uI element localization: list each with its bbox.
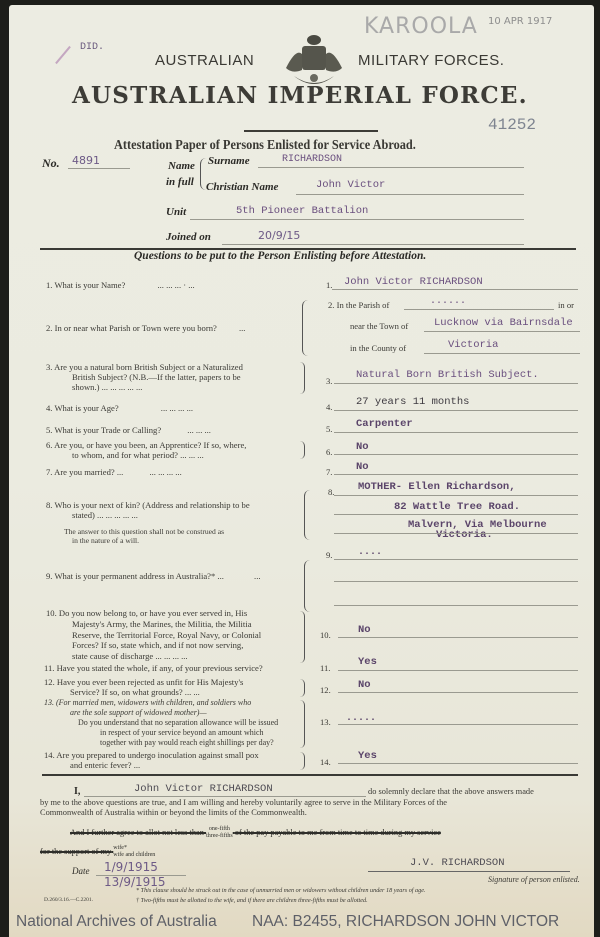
form-code: D.260/3.16.—C.2201. xyxy=(44,897,93,903)
declaration-prefix: I, xyxy=(74,786,80,797)
question-8-note: The answer to this question shall not be… xyxy=(64,527,224,545)
question-6: 6. Are you, or have you been, an Apprent… xyxy=(46,440,246,460)
answer-9: .... xyxy=(358,547,382,558)
parish-label: 2. In the Parish of xyxy=(328,300,389,310)
town-label: near the Town of xyxy=(350,321,408,331)
answer-3: Natural Born British Subject. xyxy=(356,369,539,381)
answer-8-line-2: 82 Wattle Tree Road. xyxy=(394,501,520,513)
title-underline xyxy=(244,130,378,132)
declarant-name: John Victor RICHARDSON xyxy=(134,783,273,795)
christian-name-label: Christian Name xyxy=(206,181,278,193)
question-3: 3. Are you a natural born British Subjec… xyxy=(46,362,243,392)
question-8: 8. Who is your next of kin? (Address and… xyxy=(46,500,250,520)
question-1: 1. What is your Name? ... ... ... · ... xyxy=(46,280,195,290)
question-7: 7. Are you married? ... ... ... ... ... xyxy=(46,467,182,477)
struck-clause-2: for the support of my wife* wife and chi… xyxy=(40,845,155,859)
question-12: 12. Have you ever been rejected as unfit… xyxy=(44,677,243,697)
ref-mark: DID. xyxy=(80,42,104,53)
no-label: No. xyxy=(42,156,60,171)
town-field: Lucknow via Bairnsdale xyxy=(434,317,573,329)
answer-14: Yes xyxy=(358,750,377,762)
date-stamp: 10 APR 1917 xyxy=(488,16,552,27)
answer-13: ..... xyxy=(346,713,376,724)
forces-right: MILITARY FORCES. xyxy=(358,52,504,69)
no-value: 4891 xyxy=(72,154,100,167)
answer-5: Carpenter xyxy=(356,418,413,430)
in-full-label: in full xyxy=(166,176,194,188)
joined-field: 20/9/15 xyxy=(258,229,300,242)
joined-label: Joined on xyxy=(166,231,211,243)
page-title: AUSTRALIAN IMPERIAL FORCE. xyxy=(72,82,528,109)
serial-number: 41252 xyxy=(488,116,536,134)
questions-heading: Questions to be put to the Person Enlist… xyxy=(134,250,426,262)
answer-8-line-1: MOTHER- Ellen Richardson, xyxy=(358,481,516,493)
coat-of-arms-icon xyxy=(280,28,348,90)
answer-6: No xyxy=(356,441,369,453)
question-14: 14. Are you prepared to undergo inoculat… xyxy=(44,750,259,770)
answer-1: John Victor RICHARDSON xyxy=(344,276,483,288)
signature-value: J.V. RICHARDSON xyxy=(410,857,505,869)
question-11: 11. Have you stated the whole, if any, o… xyxy=(44,663,263,673)
subtitle: Attestation Paper of Persons Enlisted fo… xyxy=(114,138,416,154)
answer-4: 27 years 11 months xyxy=(356,396,469,408)
declaration-rule xyxy=(42,774,578,776)
answer-12: No xyxy=(358,679,371,691)
question-5: 5. What is your Trade or Calling? ... ..… xyxy=(46,425,211,435)
question-10: 10. Do you now belong to, or have you ev… xyxy=(46,608,261,662)
date-value-1: 1/9/1915 xyxy=(104,860,158,874)
date-label: Date xyxy=(72,866,90,876)
answer-10: No xyxy=(358,624,371,636)
answer-7: No xyxy=(356,461,369,473)
watermark-archive: National Archives of Australia xyxy=(16,913,217,931)
question-2: 2. In or near what Parish or Town were y… xyxy=(46,323,245,333)
question-4: 4. What is your Age? ... ... ... ... xyxy=(46,403,193,413)
ship-stamp: KAROOLA xyxy=(364,14,478,39)
parish-field: ...... xyxy=(430,296,466,307)
answer-8-line-4: Victoria. xyxy=(436,529,493,541)
answer-11: Yes xyxy=(358,656,377,668)
name-label: Name xyxy=(168,160,195,172)
watermark-reference: NAA: B2455, RICHARDSON JOHN VICTOR xyxy=(252,913,559,931)
question-9: 9. What is your permanent address in Aus… xyxy=(46,571,261,581)
forces-left: AUSTRALIAN xyxy=(155,52,254,69)
surname-label: Surname xyxy=(208,155,250,167)
surname-field: RICHARDSON xyxy=(282,154,342,165)
county-label: in the County of xyxy=(350,343,406,353)
struck-clause-1: And I further agree to allot not less th… xyxy=(70,826,441,840)
county-field: Victoria xyxy=(448,339,498,351)
footnote-2: † Two-fifths must be allotted to the wif… xyxy=(136,897,368,904)
signature-label: Signature of person enlisted. xyxy=(488,875,580,884)
christian-name-field: John Victor xyxy=(316,179,385,191)
question-13: 13. (For married men, widowers with chil… xyxy=(44,698,278,748)
footnote-1: * This clause should be struck out in th… xyxy=(136,887,426,894)
unit-field: 5th Pioneer Battalion xyxy=(236,205,368,217)
unit-label: Unit xyxy=(166,206,186,218)
